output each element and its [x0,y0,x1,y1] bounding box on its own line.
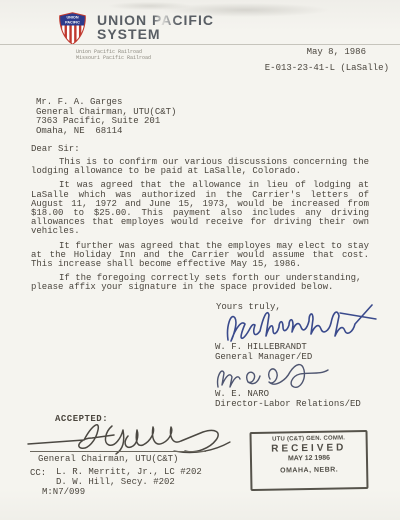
recipient-address: Mr. F. A. GargesGeneral Chairman, UTU(C&… [36,98,176,136]
letter-date: May 8, 1986 [240,47,366,57]
garges-signature [26,416,232,456]
signer2-name: W. E. NARO [215,389,269,399]
stamp-place: OMAHA, NEBR. [252,466,366,475]
accepted-title: General Chairman, UTU(C&T) [38,454,178,464]
stamp-date: MAY 12 1986 [252,454,366,463]
body-paragraph: It was agreed that the allowance in lieu… [31,181,369,236]
cc-label: CC: [30,468,46,478]
signer1-name: W. F. HILLEBRANDT [215,342,307,352]
union-pacific-shield-icon: UNION PACIFIC [57,12,88,45]
signature-line [30,451,206,452]
signer2-title: Director-Labor Relations/ED [215,399,361,409]
letterhead-divider [0,44,400,45]
brand-line2: SYSTEM [97,27,214,41]
cc-line: D. W. Hill, Secy. #202 [56,478,202,488]
received-stamp: UTU (C&T) GEN. COMM. RECEIVED MAY 12 198… [249,430,368,491]
railroad-name: Missouri Pacific Railroad [76,55,151,61]
salutation: Dear Sir: [31,144,80,154]
shield-top-text: UNION [66,15,78,19]
hillebrandt-signature [222,296,382,348]
cc-list: L. R. Merritt, Jr., LC #202D. W. Hill, S… [56,468,202,487]
reference-number: E-013-23-41-L (LaSalle) [198,63,389,73]
body-paragraph: If the foregoing correctly sets forth ou… [31,274,369,292]
shield-bottom-text: PACIFIC [65,21,80,25]
stamp-received: RECEIVED [252,442,366,455]
body-paragraph: This is to confirm our various discussio… [31,158,369,176]
letter-body: This is to confirm our various discussio… [31,158,369,298]
file-reference: M:N7/099 [42,487,85,497]
brand-wordmark: UNION PACIFIC SYSTEM [97,13,214,41]
recipient-line: Omaha, NE 68114 [36,127,176,137]
brand-line1: UNION PACIFIC [97,13,214,27]
letter-page: UNION PACIFIC UNION PACIFIC SYSTEM Union… [0,0,400,520]
railroad-names: Union Pacific RailroadMissouri Pacific R… [76,49,151,61]
body-paragraph: It further was agreed that the employes … [31,242,369,270]
